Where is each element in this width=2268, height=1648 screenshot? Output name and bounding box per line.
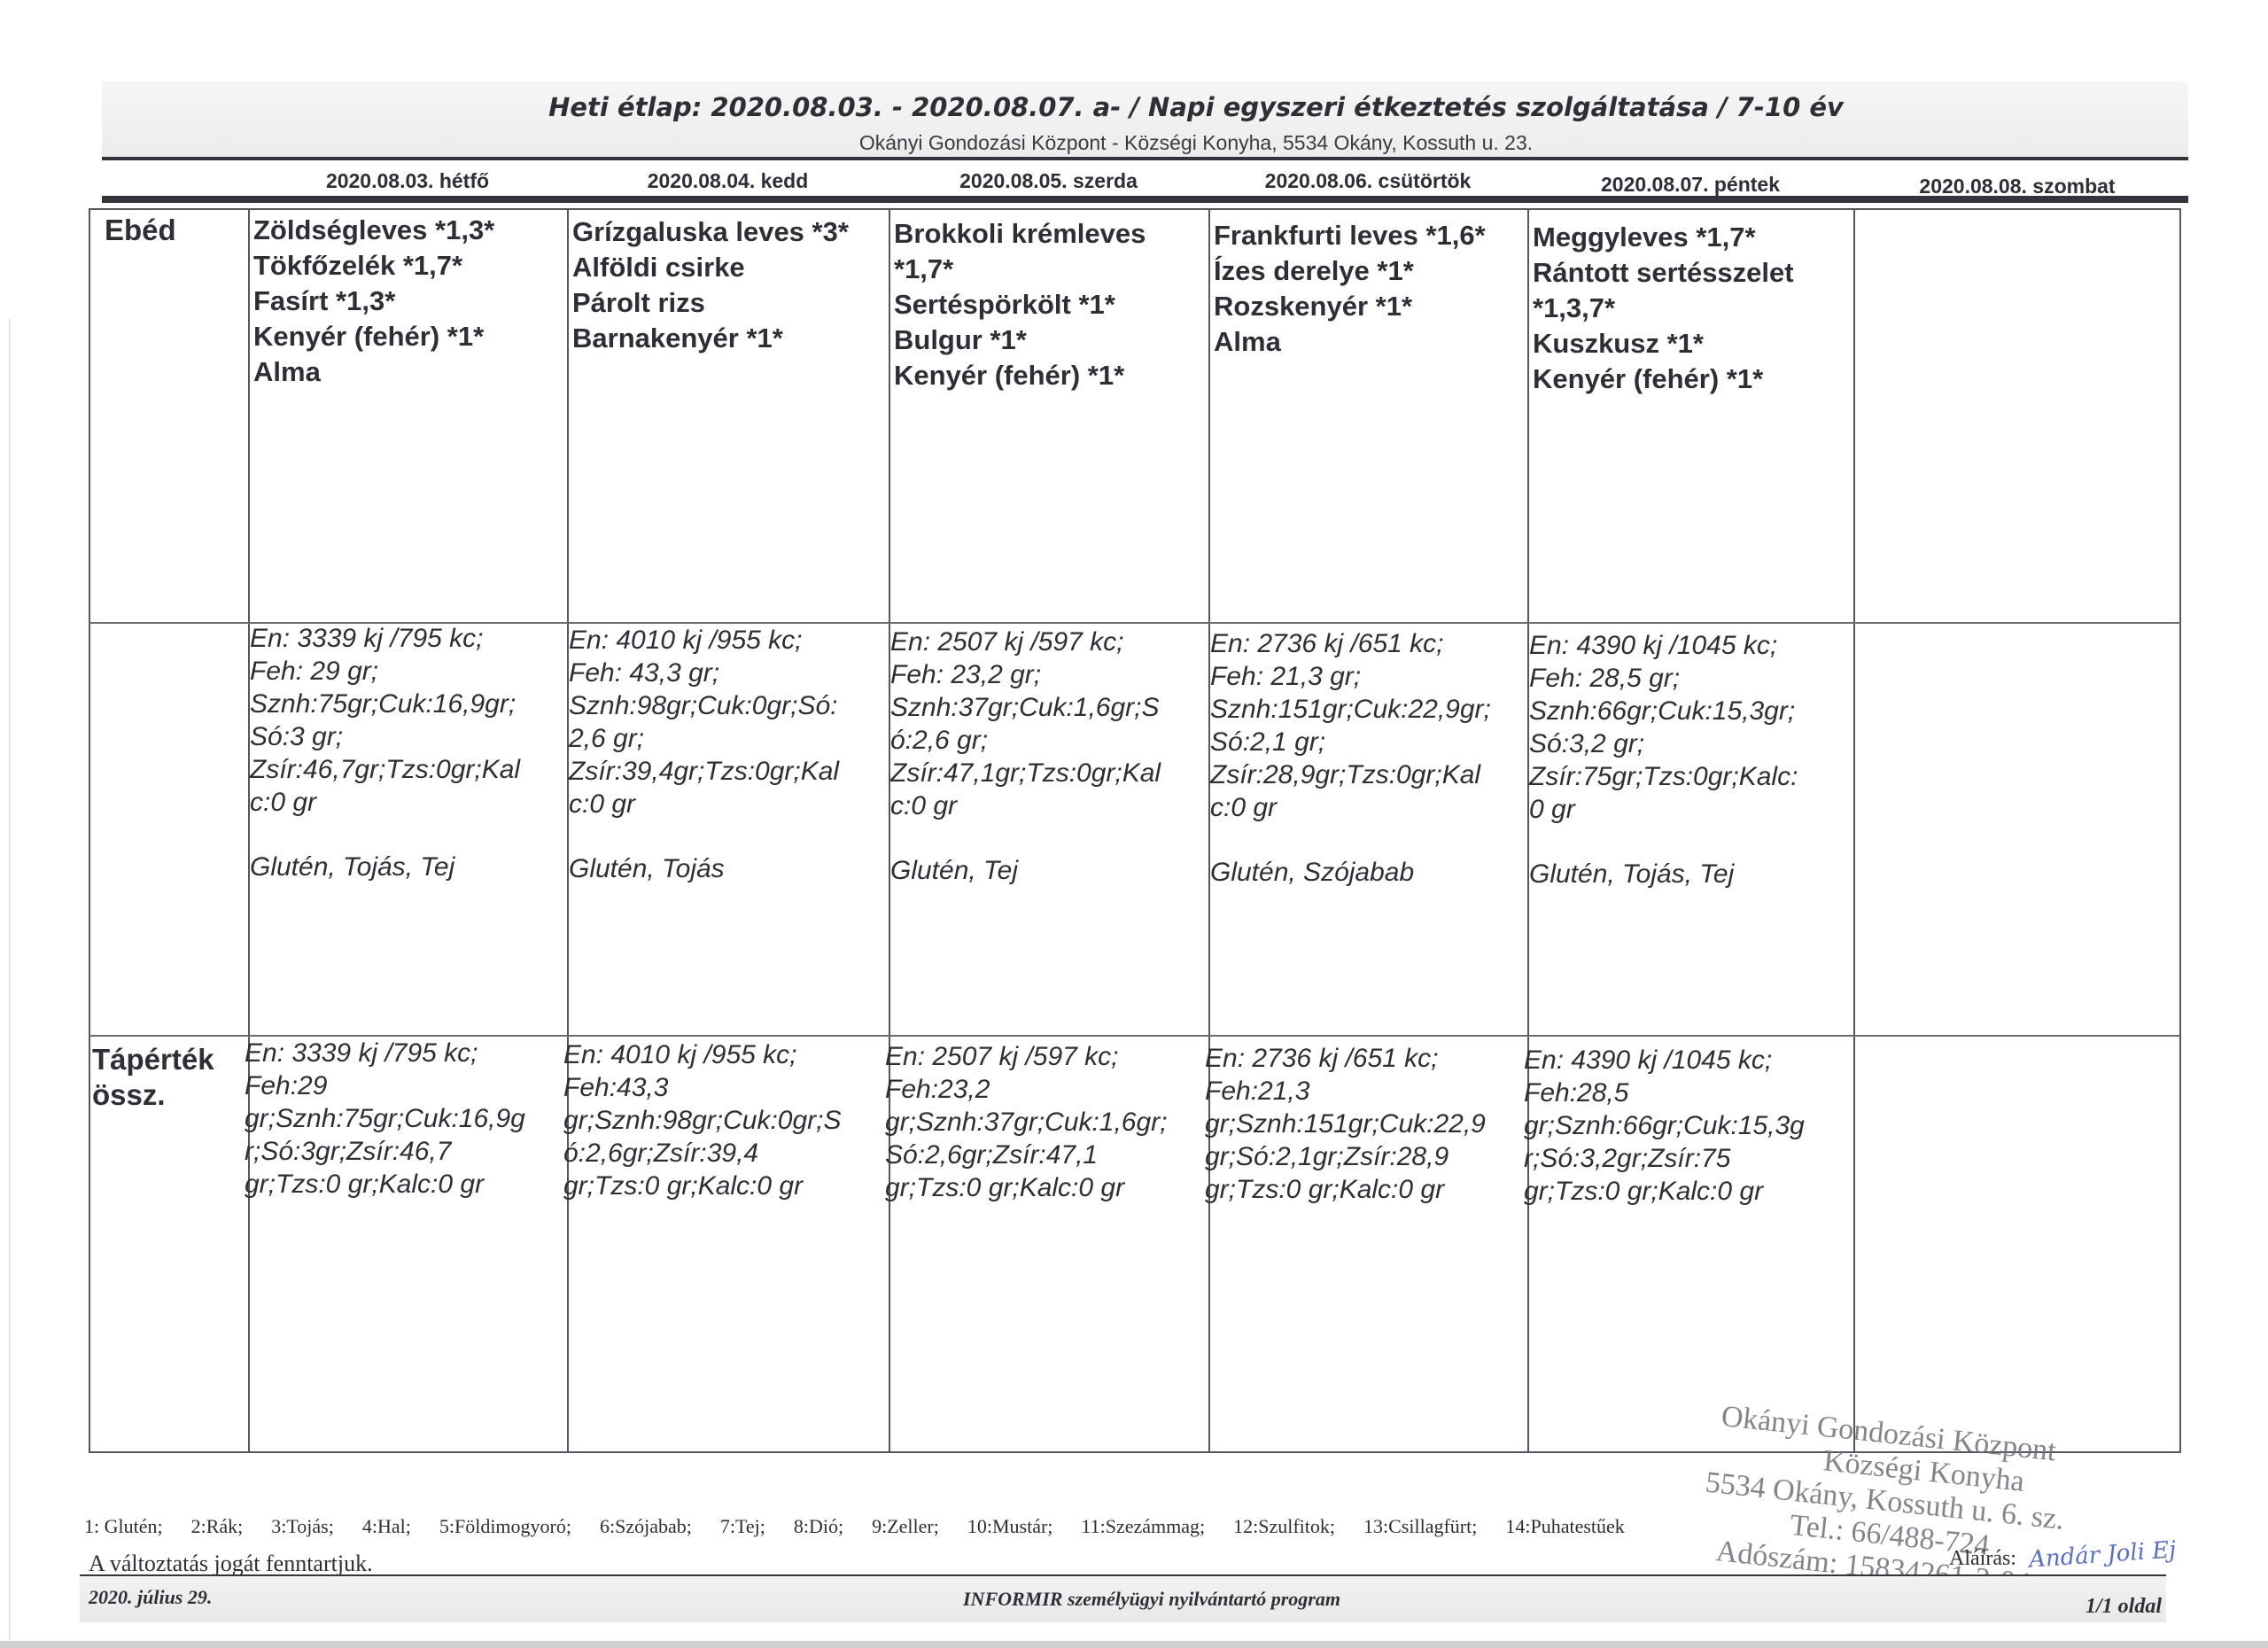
legend-item: 13:Csillagfürt; — [1363, 1515, 1477, 1537]
total-line: r;Só:3gr;Zsír:46,7 — [245, 1135, 525, 1168]
row-label-total-line2: össz. — [92, 1077, 214, 1113]
total-line: gr;Só:2,1gr;Zsír:28,9 — [1205, 1140, 1486, 1173]
total-line: En: 3339 kj /795 kc; — [245, 1037, 525, 1069]
total-cell-friday: En: 4390 kj /1045 kc;Feh:28,5gr;Sznh:66g… — [1524, 1044, 1805, 1208]
allergen-list: Glutén, Tojás, Tej — [250, 851, 520, 883]
total-line: En: 4390 kj /1045 kc; — [1524, 1044, 1805, 1077]
total-cell-tuesday: En: 4010 kj /955 kc;Feh:43,3gr;Sznh:98gr… — [563, 1038, 842, 1202]
menu-item: Grízgaluska leves *3* — [572, 214, 849, 250]
menu-item: Alma — [253, 354, 494, 390]
nutrition-line: Sznh:75gr;Cuk:16,9gr; — [250, 688, 520, 720]
nutrition-line: Feh: 43,3 gr; — [569, 657, 839, 689]
menu-item: *1,3,7* — [1533, 291, 1794, 326]
day-header-wednesday: 2020.08.05. szerda — [889, 169, 1208, 193]
nutrition-line: En: 4010 kj /955 kc; — [569, 624, 839, 657]
total-line: Feh:23,2 — [885, 1073, 1168, 1106]
menu-item: Barnakenyér *1* — [572, 321, 849, 356]
total-line: Feh:29 — [245, 1069, 525, 1102]
header-rule — [102, 157, 2188, 160]
nutrition-line: 2,6 gr; — [569, 722, 839, 755]
nutrition-line: 0 gr — [1529, 793, 1798, 826]
nutrition-line: Zsír:75gr;Tzs:0gr;Kalc: — [1529, 760, 1798, 793]
legend-item: 9:Zeller; — [872, 1515, 939, 1537]
menu-item: Meggyleves *1,7* — [1533, 220, 1794, 255]
menu-item: Brokkoli krémleves — [894, 216, 1146, 252]
total-line: Feh:21,3 — [1205, 1075, 1486, 1108]
total-line: gr;Sznh:151gr;Cuk:22,9 — [1205, 1108, 1486, 1140]
nutrition-line: Zsír:47,1gr;Tzs:0gr;Kal — [890, 757, 1161, 789]
legend-item: 12:Szulfitok; — [1233, 1515, 1335, 1537]
legend-item: 1: Glutén; — [84, 1515, 163, 1537]
total-line: En: 4010 kj /955 kc; — [563, 1038, 842, 1071]
total-cell-wednesday: En: 2507 kj /597 kc;Feh:23,2gr;Sznh:37gr… — [885, 1040, 1168, 1204]
nutrition-line: c:0 gr — [569, 788, 839, 820]
nutrition-line: c:0 gr — [1210, 791, 1491, 824]
nutrition-line: c:0 gr — [250, 786, 520, 819]
total-line: En: 2736 kj /651 kc; — [1205, 1042, 1486, 1075]
nutrition-line: Sznh:37gr;Cuk:1,6gr;S — [890, 691, 1161, 724]
rights-notice: A változtatás jogát fenntartjuk. — [89, 1551, 373, 1577]
allergen-list: Glutén, Tojás, Tej — [1529, 858, 1798, 890]
legend-item: 7:Tej; — [720, 1515, 765, 1537]
menu-item: Kenyér (fehér) *1* — [894, 358, 1146, 393]
nutrition-line: Zsír:46,7gr;Tzs:0gr;Kal — [250, 753, 520, 786]
menu-item: Zöldségleves *1,3* — [253, 213, 494, 248]
nutrition-line: Sznh:98gr;Cuk:0gr;Só: — [569, 689, 839, 722]
nutrition-cell-wednesday: En: 2507 kj /597 kc;Feh: 23,2 gr;Sznh:37… — [890, 626, 1161, 887]
day-header-saturday: 2020.08.08. szombat — [1853, 175, 2181, 198]
nutrition-cell-tuesday: En: 4010 kj /955 kc;Feh: 43,3 gr;Sznh:98… — [569, 624, 839, 885]
total-line: r;Só:3,2gr;Zsír:75 — [1524, 1142, 1805, 1175]
total-line: Feh:43,3 — [563, 1071, 842, 1104]
total-line: gr;Tzs:0 gr;Kalc:0 gr — [245, 1168, 525, 1201]
menu-item: Ízes derelye *1* — [1214, 253, 1486, 289]
column-divider — [1853, 208, 1855, 1453]
menu-item: Rántott sertésszelet — [1533, 255, 1794, 291]
total-line: gr;Sznh:98gr;Cuk:0gr;S — [563, 1104, 842, 1137]
total-line: Feh:28,5 — [1524, 1077, 1805, 1109]
footer-program: INFORMIR személyügyi nyilvántartó progra… — [0, 1588, 2268, 1611]
legend-item: 14:Puhatestűek — [1505, 1515, 1624, 1537]
total-line: Só:2,6gr;Zsír:47,1 — [885, 1139, 1168, 1171]
page-subtitle: Okányi Gondozási Központ - Községi Konyh… — [0, 131, 2268, 155]
nutrition-line: Sznh:66gr;Cuk:15,3gr; — [1529, 695, 1798, 727]
menu-cell-thursday: Frankfurti leves *1,6*Ízes derelye *1*Ro… — [1214, 218, 1486, 360]
menu-item: Kuszkusz *1* — [1533, 326, 1794, 361]
menu-item: Frankfurti leves *1,6* — [1214, 218, 1486, 253]
legend-item: 8:Dió; — [794, 1515, 843, 1537]
row-label-total-line1: Tápérték — [92, 1042, 214, 1077]
total-line: gr;Tzs:0 gr;Kalc:0 gr — [563, 1170, 842, 1202]
legend-item: 2:Rák; — [191, 1515, 244, 1537]
nutrition-line: Feh: 23,2 gr; — [890, 658, 1161, 691]
total-line: En: 2507 kj /597 kc; — [885, 1040, 1168, 1073]
nutrition-line: Zsír:28,9gr;Tzs:0gr;Kal — [1210, 758, 1491, 791]
nutrition-line: En: 2736 kj /651 kc; — [1210, 627, 1491, 660]
nutrition-cell-thursday: En: 2736 kj /651 kc;Feh: 21,3 gr;Sznh:15… — [1210, 627, 1491, 889]
menu-cell-wednesday: Brokkoli krémleves*1,7*Sertéspörkölt *1*… — [894, 216, 1146, 393]
day-header-tuesday: 2020.08.04. kedd — [567, 169, 889, 193]
menu-item: Kenyér (fehér) *1* — [253, 319, 494, 354]
total-line: gr;Sznh:75gr;Cuk:16,9g — [245, 1102, 525, 1135]
signature-label: Aláírás: — [1949, 1547, 2016, 1571]
menu-item: *1,7* — [894, 252, 1146, 287]
nutrition-line: ó:2,6 gr; — [890, 724, 1161, 757]
nutrition-line: En: 4390 kj /1045 kc; — [1529, 629, 1798, 662]
nutrition-line: Feh: 21,3 gr; — [1210, 660, 1491, 693]
nutrition-cell-friday: En: 4390 kj /1045 kc;Feh: 28,5 gr;Sznh:6… — [1529, 629, 1798, 890]
scan-edge — [0, 1641, 2268, 1648]
total-line: gr;Tzs:0 gr;Kalc:0 gr — [1524, 1175, 1805, 1208]
nutrition-cell-monday: En: 3339 kj /795 kc;Feh: 29 gr;Sznh:75gr… — [250, 622, 520, 883]
page-number: 1/1 oldal — [2085, 1595, 2162, 1619]
nutrition-line: Zsír:39,4gr;Tzs:0gr;Kal — [569, 755, 839, 788]
scan-edge — [9, 319, 11, 1648]
menu-item: Rozskenyér *1* — [1214, 289, 1486, 324]
nutrition-line: Só:3 gr; — [250, 720, 520, 753]
nutrition-line: Feh: 29 gr; — [250, 655, 520, 688]
nutrition-line: En: 3339 kj /795 kc; — [250, 622, 520, 655]
menu-cell-tuesday: Grízgaluska leves *3*Alföldi csirkePárol… — [572, 214, 849, 356]
total-cell-monday: En: 3339 kj /795 kc;Feh:29gr;Sznh:75gr;C… — [245, 1037, 525, 1201]
nutrition-line: Sznh:151gr;Cuk:22,9gr; — [1210, 693, 1491, 726]
menu-cell-friday: Meggyleves *1,7*Rántott sertésszelet*1,3… — [1533, 220, 1794, 397]
legend-item: 6:Szójabab; — [600, 1515, 692, 1537]
allergen-list: Glutén, Tej — [890, 854, 1161, 887]
legend-item: 3:Tojás; — [271, 1515, 334, 1537]
menu-item: Alföldi csirke — [572, 250, 849, 285]
legend-item: 11:Szezámmag; — [1081, 1515, 1205, 1537]
allergen-list: Glutén, Tojás — [569, 852, 839, 885]
menu-item: Sertéspörkölt *1* — [894, 287, 1146, 323]
menu-item: Tökfőzelék *1,7* — [253, 248, 494, 284]
menu-cell-monday: Zöldségleves *1,3*Tökfőzelék *1,7*Fasírt… — [253, 213, 494, 390]
total-line: gr;Tzs:0 gr;Kalc:0 gr — [885, 1171, 1168, 1204]
row-label-total: Tápérték össz. — [92, 1042, 214, 1113]
legend-item: 4:Hal; — [362, 1515, 411, 1537]
total-line: gr;Sznh:66gr;Cuk:15,3g — [1524, 1109, 1805, 1142]
day-header-monday: 2020.08.03. hétfő — [248, 169, 567, 193]
nutrition-line: Só:2,1 gr; — [1210, 726, 1491, 758]
nutrition-line: Só:3,2 gr; — [1529, 727, 1798, 760]
nutrition-line: Feh: 28,5 gr; — [1529, 662, 1798, 695]
row-label-lunch: Ebéd — [105, 213, 176, 248]
total-line: ó:2,6gr;Zsír:39,4 — [563, 1137, 842, 1170]
total-cell-thursday: En: 2736 kj /651 kc;Feh:21,3gr;Sznh:151g… — [1205, 1042, 1486, 1206]
total-line: gr;Sznh:37gr;Cuk:1,6gr; — [885, 1106, 1168, 1139]
day-header-friday: 2020.08.07. péntek — [1527, 173, 1853, 197]
page-title: Heti étlap: 2020.08.03. - 2020.08.07. a-… — [0, 92, 2268, 122]
day-header-thursday: 2020.08.06. csütörtök — [1208, 169, 1527, 193]
day-header-rule — [102, 196, 2188, 203]
menu-item: Párolt rizs — [572, 285, 849, 321]
menu-item: Alma — [1214, 324, 1486, 360]
allergen-legend: 1: Glutén;2:Rák;3:Tojás;4:Hal;5:Földimog… — [84, 1515, 1653, 1538]
nutrition-line: c:0 gr — [890, 789, 1161, 822]
legend-item: 10:Mustár; — [967, 1515, 1053, 1537]
legend-item: 5:Földimogyoró; — [439, 1515, 571, 1537]
total-line: gr;Tzs:0 gr;Kalc:0 gr — [1205, 1173, 1486, 1206]
menu-item: Bulgur *1* — [894, 323, 1146, 358]
menu-item: Kenyér (fehér) *1* — [1533, 361, 1794, 397]
allergen-list: Glutén, Szójabab — [1210, 856, 1491, 889]
nutrition-line: En: 2507 kj /597 kc; — [890, 626, 1161, 658]
menu-item: Fasírt *1,3* — [253, 284, 494, 319]
